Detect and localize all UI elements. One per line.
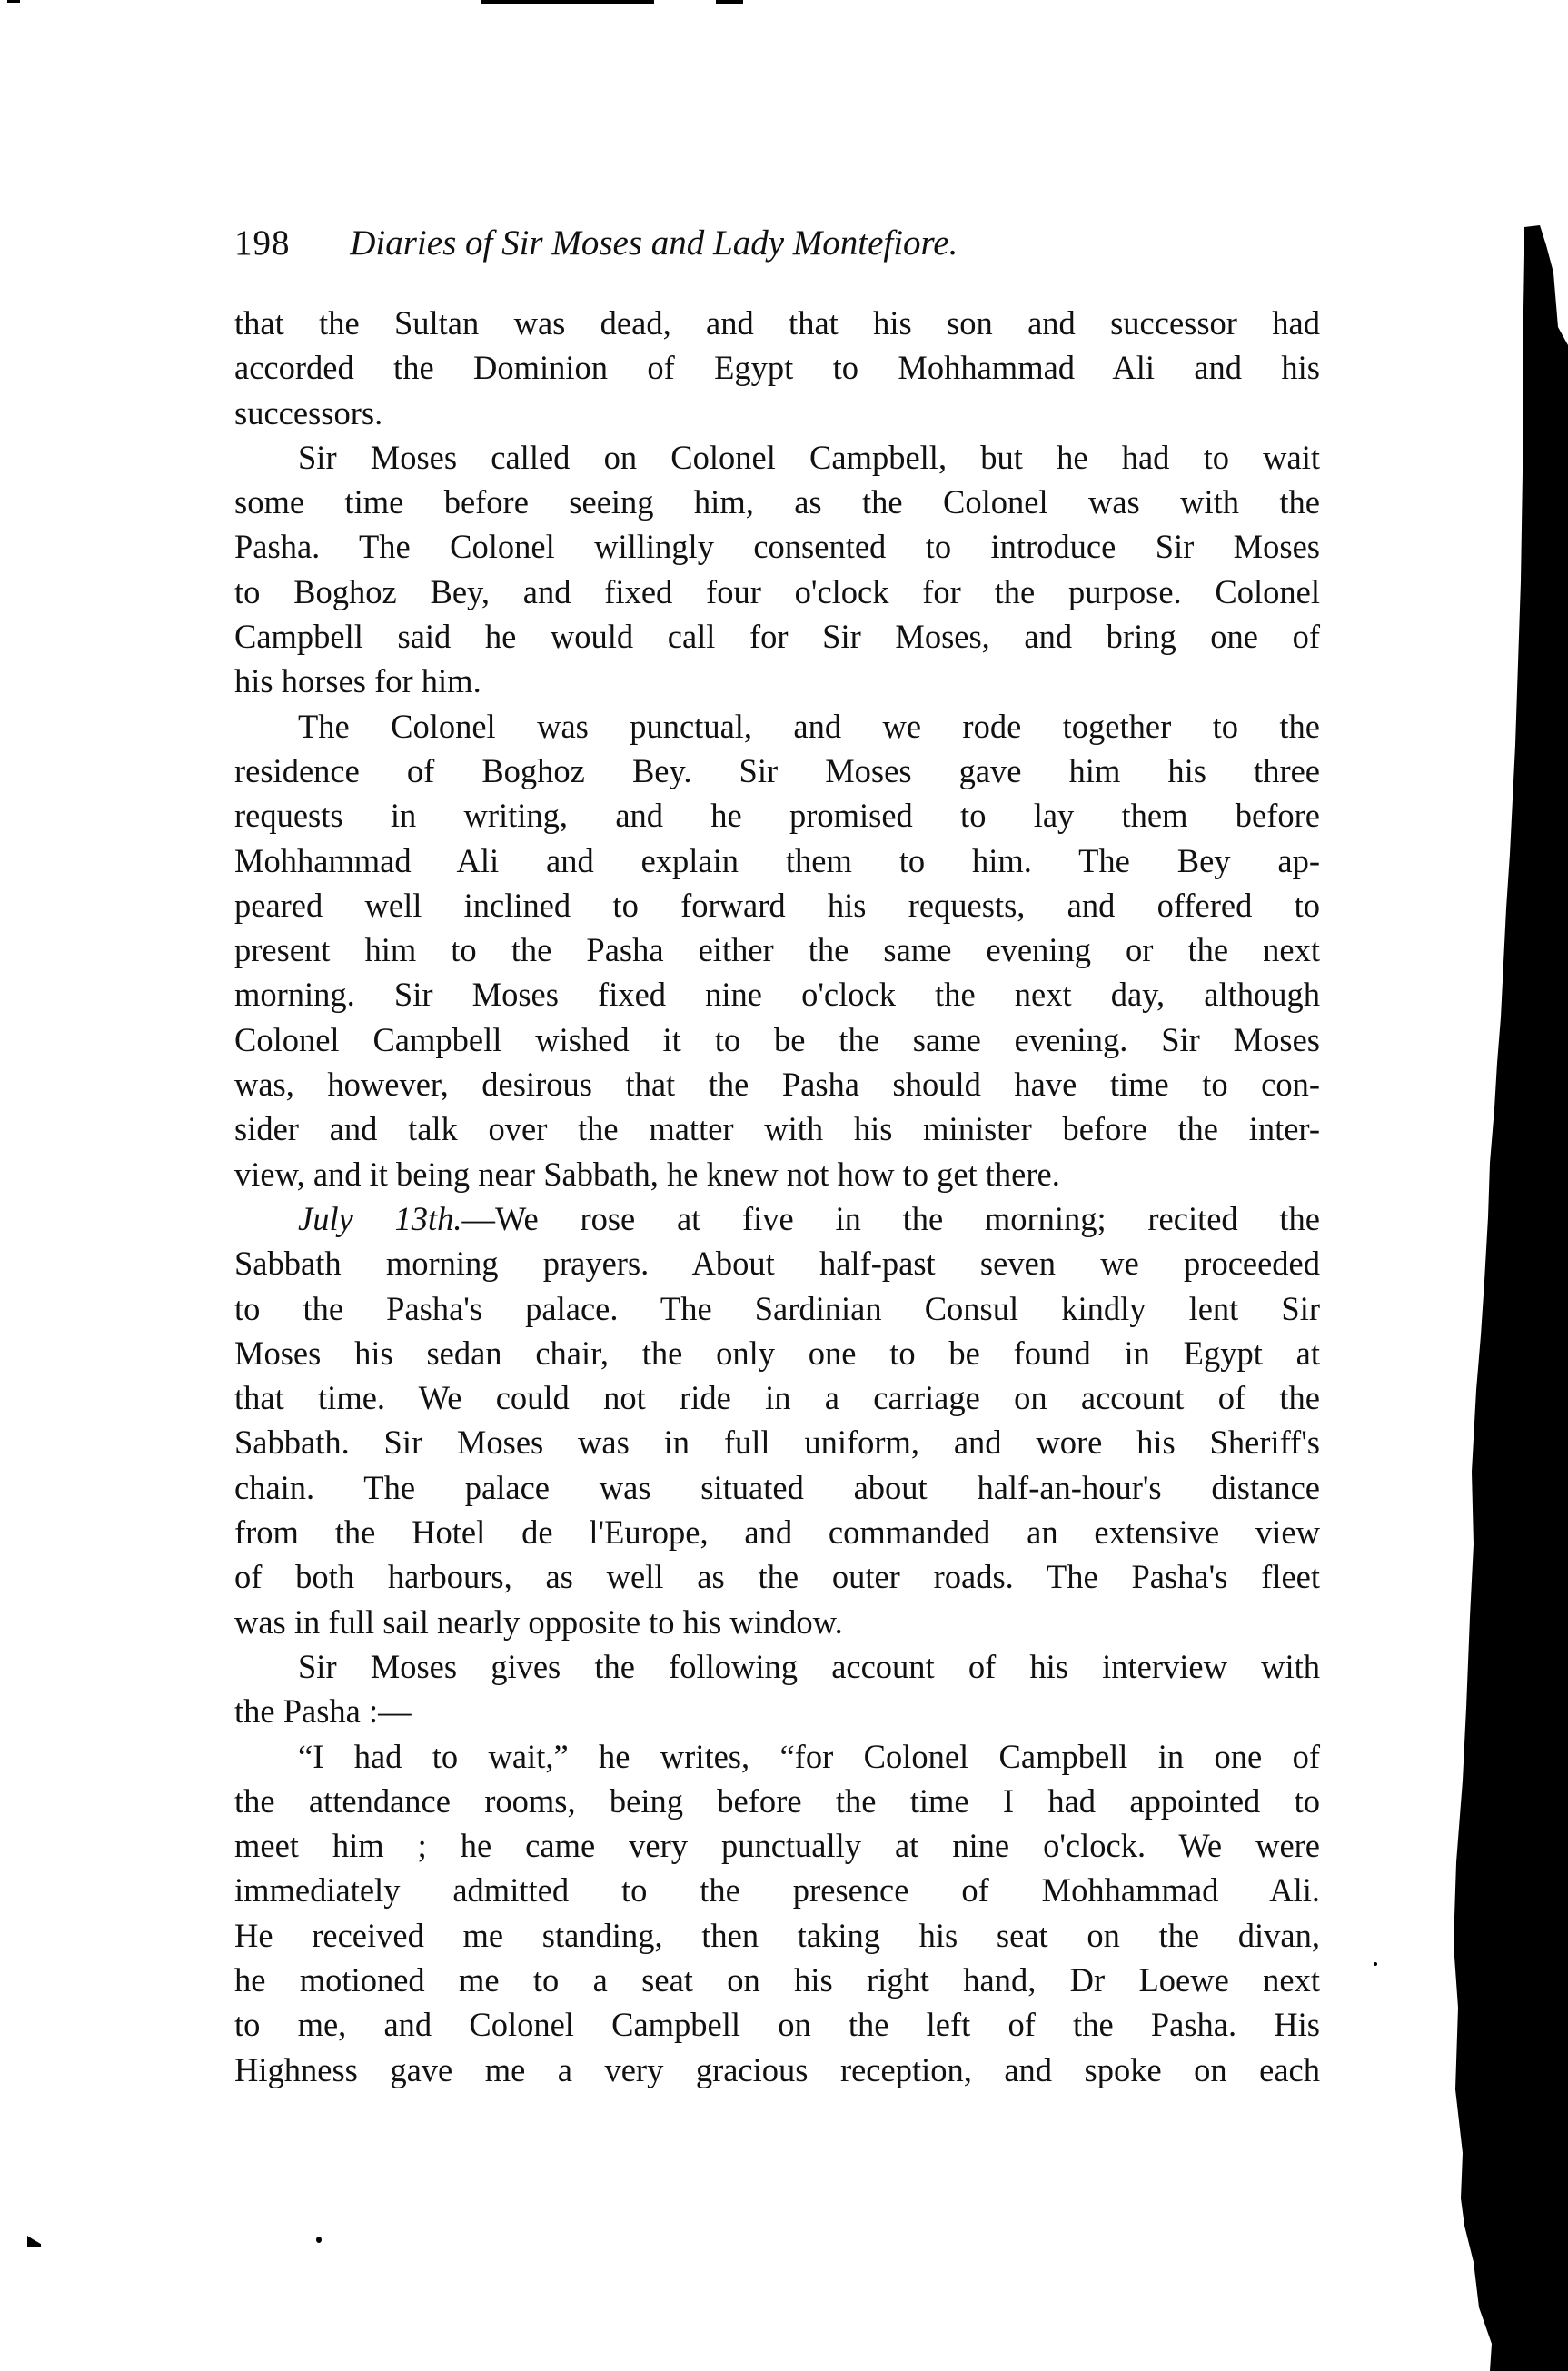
running-head: 198 Diaries of Sir Moses and Lady Montef…: [234, 223, 1325, 277]
line-text: He received me standing, then taking his…: [234, 1917, 1320, 1954]
text-line: He received me standing, then taking his…: [234, 1913, 1320, 1958]
line-text: successors.: [234, 394, 382, 432]
line-text: from the Hotel de l'Europe, and commande…: [234, 1513, 1320, 1551]
text-line: accorded the Dominion of Egypt to Mohham…: [234, 345, 1320, 390]
text-line: was, however, desirous that the Pasha sh…: [234, 1062, 1320, 1106]
line-text: was, however, desirous that the Pasha sh…: [234, 1066, 1320, 1103]
text-line: Campbell said he would call for Sir Mose…: [234, 614, 1320, 659]
line-text: his horses for him.: [234, 662, 481, 699]
text-line: Mohhammad Ali and explain them to him. T…: [234, 838, 1320, 883]
text-line: morning. Sir Moses fixed nine o'clock th…: [234, 972, 1320, 1017]
line-text: Sabbath. Sir Moses was in full uniform, …: [234, 1424, 1320, 1461]
line-text: Sir Moses called on Colonel Campbell, bu…: [298, 439, 1320, 476]
page-number: 198: [234, 223, 291, 263]
margin-speck: [1374, 1962, 1377, 1966]
line-text: Sabbath morning prayers. About half-past…: [234, 1245, 1320, 1282]
line-text: The Colonel was punctual, and we rode to…: [298, 708, 1320, 745]
line-text: requests in writing, and he promised to …: [234, 797, 1320, 834]
line-text: some time before seeing him, as the Colo…: [234, 483, 1320, 521]
line-text: view, and it being near Sabbath, he knew…: [234, 1156, 1060, 1193]
text-line: his horses for him.: [234, 659, 1320, 703]
bottom-speck: [316, 2237, 322, 2243]
text-line: to me, and Colonel Campbell on the left …: [234, 2002, 1320, 2047]
line-text: the Pasha :—: [234, 1692, 412, 1730]
scanned-page: 198 Diaries of Sir Moses and Lady Montef…: [0, 0, 1568, 2371]
text-line: present him to the Pasha either the same…: [234, 928, 1320, 972]
text-line: The Colonel was punctual, and we rode to…: [234, 704, 1320, 749]
text-line: residence of Boghoz Bey. Sir Moses gave …: [234, 749, 1320, 793]
text-line: “I had to wait,” he writes, “for Colonel…: [234, 1734, 1320, 1779]
line-text: Mohhammad Ali and explain them to him. T…: [234, 842, 1320, 879]
line-text: meet him ; he came very punctually at ni…: [234, 1827, 1320, 1864]
text-line: immediately admitted to the presence of …: [234, 1868, 1320, 1912]
corner-mark-bottom-left: [27, 2236, 41, 2247]
text-line: peared well inclined to forward his requ…: [234, 883, 1320, 928]
line-text: he motioned me to a seat on his right ha…: [234, 1961, 1320, 1999]
text-line: to the Pasha's palace. The Sardinian Con…: [234, 1286, 1320, 1331]
line-text: Campbell said he would call for Sir Mose…: [234, 618, 1320, 655]
line-text: Pasha. The Colonel willingly consented t…: [234, 528, 1320, 565]
body-text: that the Sultan was dead, and that his s…: [234, 301, 1320, 2092]
line-text: accorded the Dominion of Egypt to Mohham…: [234, 349, 1320, 386]
text-line: from the Hotel de l'Europe, and commande…: [234, 1510, 1320, 1554]
text-line: Colonel Campbell wished it to be the sam…: [234, 1017, 1320, 1062]
scan-artifact-top-left: [7, 0, 20, 3]
line-text: “I had to wait,” he writes, “for Colonel…: [298, 1738, 1320, 1775]
line-text: the attendance rooms, being before the t…: [234, 1782, 1320, 1820]
line-text: sider and talk over the matter with his …: [234, 1110, 1320, 1147]
line-text: Highness gave me a very gracious recepti…: [234, 2051, 1320, 2088]
text-line: Sabbath morning prayers. About half-past…: [234, 1241, 1320, 1285]
line-text: that time. We could not ride in a carria…: [234, 1379, 1320, 1416]
text-line: sider and talk over the matter with his …: [234, 1106, 1320, 1151]
text-line: chain. The palace was situated about hal…: [234, 1465, 1320, 1510]
line-text: chain. The palace was situated about hal…: [234, 1469, 1320, 1506]
text-line: Sir Moses called on Colonel Campbell, bu…: [234, 435, 1320, 480]
line-text: to Boghoz Bey, and fixed four o'clock fo…: [234, 573, 1320, 610]
text-line: was in full sail nearly opposite to his …: [234, 1600, 1320, 1644]
text-line: some time before seeing him, as the Colo…: [234, 480, 1320, 524]
line-text: of both harbours, as well as the outer r…: [234, 1558, 1320, 1595]
text-line: that time. We could not ride in a carria…: [234, 1375, 1320, 1420]
text-line: the Pasha :—: [234, 1689, 1320, 1733]
line-text: Moses his sedan chair, the only one to b…: [234, 1334, 1320, 1372]
line-text: Colonel Campbell wished it to be the sam…: [234, 1021, 1320, 1058]
text-line: Highness gave me a very gracious recepti…: [234, 2048, 1320, 2092]
line-text: that the Sultan was dead, and that his s…: [234, 304, 1320, 342]
line-text: residence of Boghoz Bey. Sir Moses gave …: [234, 752, 1320, 789]
text-line: he motioned me to a seat on his right ha…: [234, 1958, 1320, 2002]
scan-artifact-top-center: [481, 0, 654, 4]
binding-shadow: [1454, 200, 1568, 2371]
text-line: the attendance rooms, being before the t…: [234, 1779, 1320, 1823]
text-line: view, and it being near Sabbath, he knew…: [234, 1152, 1320, 1196]
text-line: successors.: [234, 391, 1320, 435]
text-line: of both harbours, as well as the outer r…: [234, 1554, 1320, 1599]
text-line: that the Sultan was dead, and that his s…: [234, 301, 1320, 345]
line-text: morning. Sir Moses fixed nine o'clock th…: [234, 976, 1320, 1013]
text-line: Sabbath. Sir Moses was in full uniform, …: [234, 1420, 1320, 1464]
scan-artifact-top-center-2: [716, 0, 743, 4]
line-text: Sir Moses gives the following account of…: [298, 1648, 1320, 1685]
line-text: to the Pasha's palace. The Sardinian Con…: [234, 1290, 1320, 1327]
diary-date: July 13th.: [298, 1200, 462, 1237]
line-text: to me, and Colonel Campbell on the left …: [234, 2006, 1320, 2043]
text-line: July 13th.—We rose at five in the mornin…: [234, 1196, 1320, 1241]
text-line: Pasha. The Colonel willingly consented t…: [234, 524, 1320, 569]
line-text: immediately admitted to the presence of …: [234, 1871, 1320, 1909]
text-line: requests in writing, and he promised to …: [234, 793, 1320, 838]
text-line: Sir Moses gives the following account of…: [234, 1644, 1320, 1689]
line-text: peared well inclined to forward his requ…: [234, 887, 1320, 924]
line-text: present him to the Pasha either the same…: [234, 931, 1320, 968]
line-text: —We rose at five in the morning; recited…: [462, 1200, 1320, 1237]
text-line: meet him ; he came very punctually at ni…: [234, 1823, 1320, 1868]
line-text: was in full sail nearly opposite to his …: [234, 1603, 843, 1641]
text-line: Moses his sedan chair, the only one to b…: [234, 1331, 1320, 1375]
book-title: Diaries of Sir Moses and Lady Montefiore…: [350, 223, 958, 263]
text-line: to Boghoz Bey, and fixed four o'clock fo…: [234, 570, 1320, 614]
